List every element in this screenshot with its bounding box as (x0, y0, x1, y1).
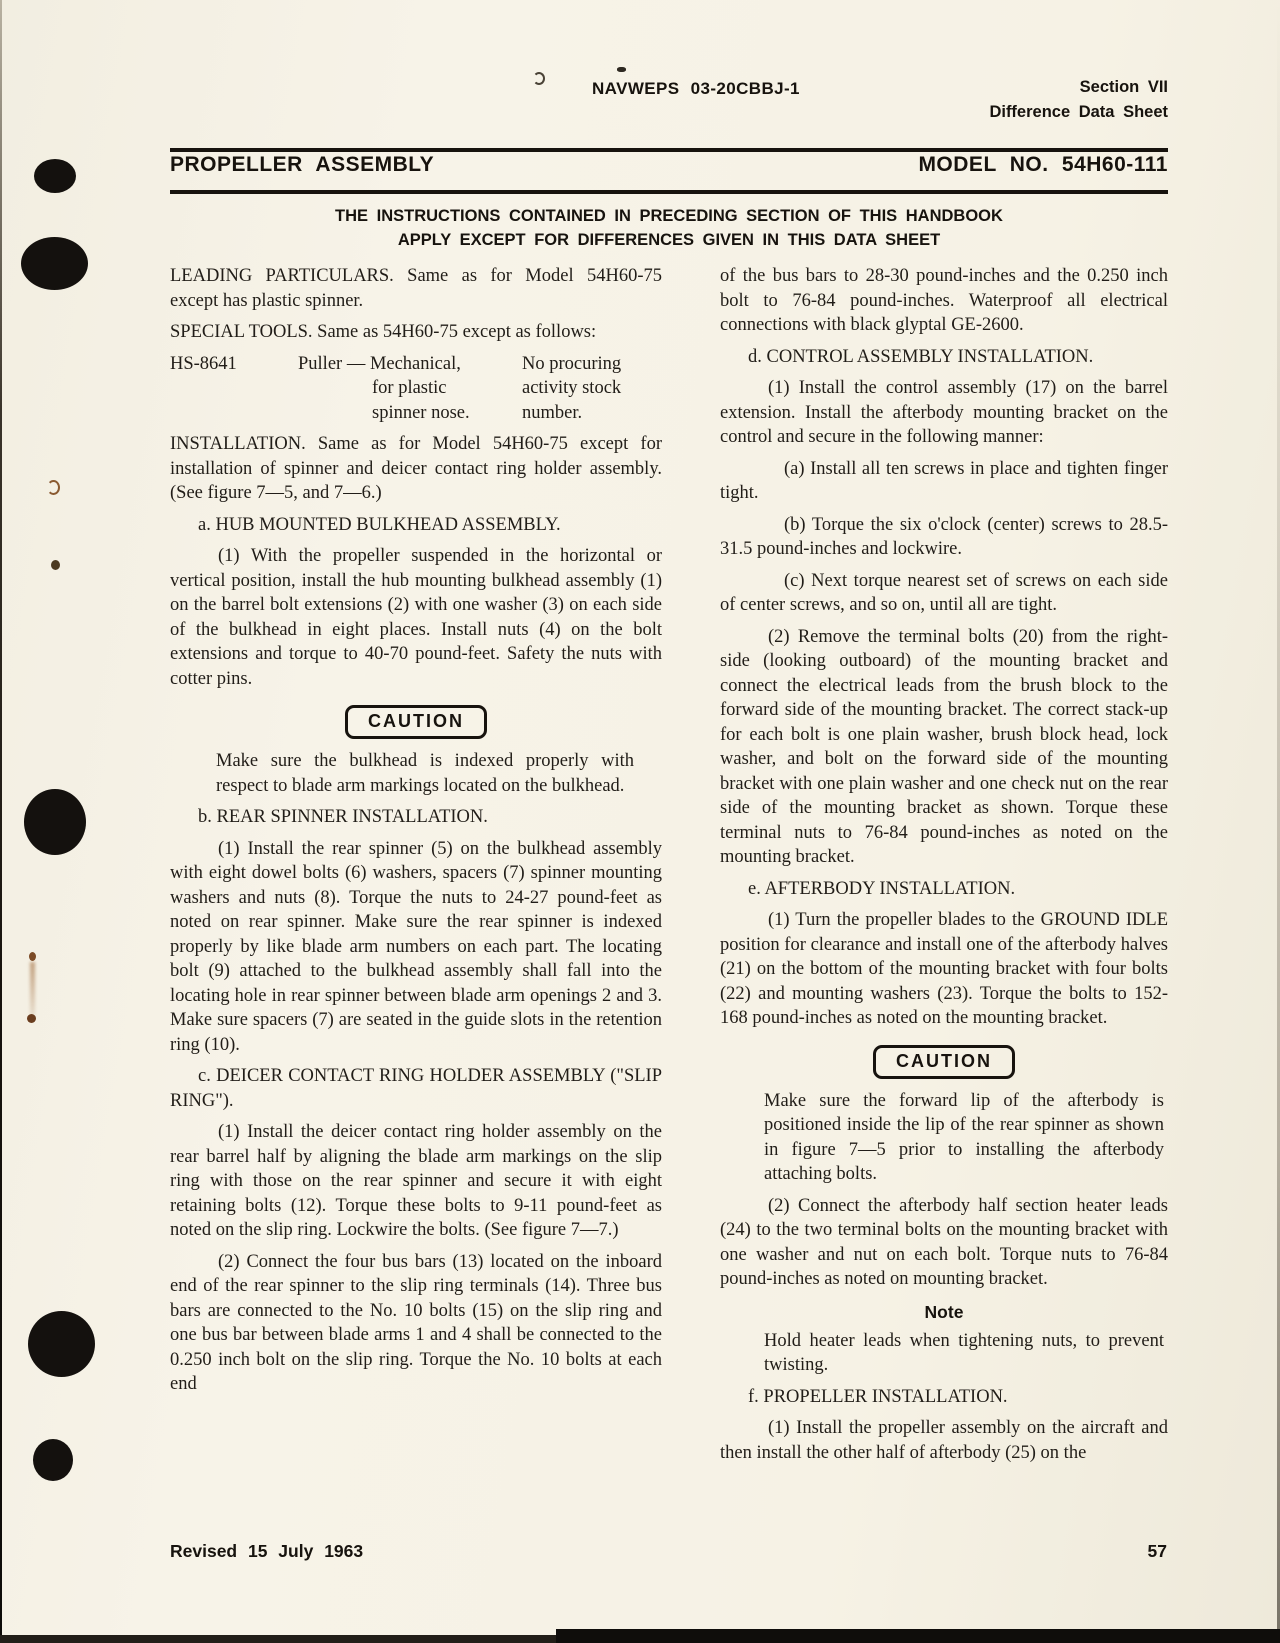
heading-control-assembly: d. CONTROL ASSEMBLY INSTALLATION. (720, 345, 1168, 370)
caution-box-container: CAUTION (720, 1045, 1168, 1079)
tool-stock-line: number. (522, 401, 662, 426)
tool-stock-note: No procuring activity stock number. (522, 352, 662, 426)
tool-stock-line: No procuring (522, 352, 662, 377)
paragraph-d2: (2) Remove the terminal bolts (20) from … (720, 625, 1168, 870)
paragraph-special-tools: SPECIAL TOOLS. Same as 54H60-75 except a… (170, 320, 662, 345)
paragraph-c1: (1) Install the deicer contact ring hold… (170, 1120, 662, 1243)
paragraph-da: (a) Install all ten screws in place and … (720, 457, 1168, 506)
paragraph-continuation: of the bus bars to 28-30 pound-inches an… (720, 264, 1168, 338)
caution-text: Make sure the forward lip of the afterbo… (764, 1089, 1164, 1187)
caution-label: CAUTION (873, 1045, 1015, 1079)
punch-hole-mark-4 (28, 1311, 95, 1377)
ink-speck (617, 67, 626, 72)
paragraph-f1: (1) Install the propeller assembly on th… (720, 1416, 1168, 1465)
page-number: 57 (1148, 1541, 1167, 1562)
right-column: of the bus bars to 28-30 pound-inches an… (720, 264, 1168, 1472)
punch-hole-mark-3 (24, 789, 86, 855)
caution-text: Make sure the bulkhead is indexed proper… (216, 749, 634, 798)
special-tool-entry: HS-8641 Puller — Mechanical, for plastic… (170, 352, 662, 426)
manual-page: NAVWEPS 03-20CBBJ-1 Section VII Differen… (0, 0, 1280, 1643)
scan-bottom-band-dark (556, 1629, 1280, 1643)
horizontal-rule-bottom (170, 190, 1168, 194)
section-header: Section VII Difference Data Sheet (989, 75, 1168, 125)
section-subtitle: Difference Data Sheet (989, 100, 1168, 125)
notice-line-2: APPLY EXCEPT FOR DIFFERENCES GIVEN IN TH… (170, 231, 1168, 250)
model-number: MODEL NO. 54H60-111 (918, 153, 1168, 177)
tool-description-line: for plastic (298, 376, 522, 401)
left-column: LEADING PARTICULARS. Same as for Model 5… (170, 264, 662, 1404)
heading-afterbody: e. AFTERBODY INSTALLATION. (720, 877, 1168, 902)
paragraph-e2: (2) Connect the afterbody half section h… (720, 1194, 1168, 1292)
heading-propeller-installation: f. PROPELLER INSTALLATION. (720, 1385, 1168, 1410)
notice-line-1: THE INSTRUCTIONS CONTAINED IN PRECEDING … (170, 207, 1168, 226)
punch-hole-mark-2 (21, 237, 88, 290)
paragraph-d1: (1) Install the control assembly (17) on… (720, 376, 1168, 450)
heading-rear-spinner: b. REAR SPINNER INSTALLATION. (170, 805, 662, 830)
tool-number: HS-8641 (170, 352, 298, 426)
ink-speck (47, 480, 60, 495)
document-number: NAVWEPS 03-20CBBJ-1 (592, 79, 800, 99)
scan-smudge (30, 962, 35, 1016)
note-label: Note (720, 1302, 1168, 1323)
tool-stock-line: activity stock (522, 376, 662, 401)
scan-smudge (27, 1014, 36, 1023)
punch-hole-mark-5 (33, 1439, 73, 1481)
page-title: PROPELLER ASSEMBLY (170, 153, 434, 177)
paragraph-dc: (c) Next torque nearest set of screws on… (720, 569, 1168, 618)
revision-date: Revised 15 July 1963 (170, 1541, 363, 1562)
caution-box-container: CAUTION (170, 705, 662, 739)
scan-left-edge-line (0, 0, 2, 1643)
paragraph-e1: (1) Turn the propeller blades to the GRO… (720, 908, 1168, 1031)
scan-smudge (29, 952, 36, 961)
paragraph-installation: INSTALLATION. Same as for Model 54H60-75… (170, 432, 662, 506)
note-text: Hold heater leads when tightening nuts, … (764, 1329, 1164, 1378)
paragraph-c2: (2) Connect the four bus bars (13) locat… (170, 1250, 662, 1397)
ink-speck (51, 560, 60, 570)
heading-deicer-contact-ring: c. DEICER CONTACT RING HOLDER ASSEMBLY (… (170, 1064, 662, 1113)
tool-description: Puller — Mechanical, for plastic spinner… (298, 352, 522, 426)
paragraph-a1: (1) With the propeller suspended in the … (170, 544, 662, 691)
section-title: Section VII (989, 75, 1168, 100)
ink-speck (533, 72, 545, 85)
heading-hub-mounted-bulkhead: a. HUB MOUNTED BULKHEAD ASSEMBLY. (170, 513, 662, 538)
punch-hole-mark-1 (34, 159, 76, 193)
tool-description-line: Puller — Mechanical, (298, 352, 522, 377)
horizontal-rule-top (170, 148, 1168, 152)
paragraph-leading-particulars: LEADING PARTICULARS. Same as for Model 5… (170, 264, 662, 313)
caution-label: CAUTION (345, 705, 487, 739)
paragraph-b1: (1) Install the rear spinner (5) on the … (170, 837, 662, 1058)
tool-description-line: spinner nose. (298, 401, 522, 426)
paragraph-db: (b) Torque the six o'clock (center) scre… (720, 513, 1168, 562)
